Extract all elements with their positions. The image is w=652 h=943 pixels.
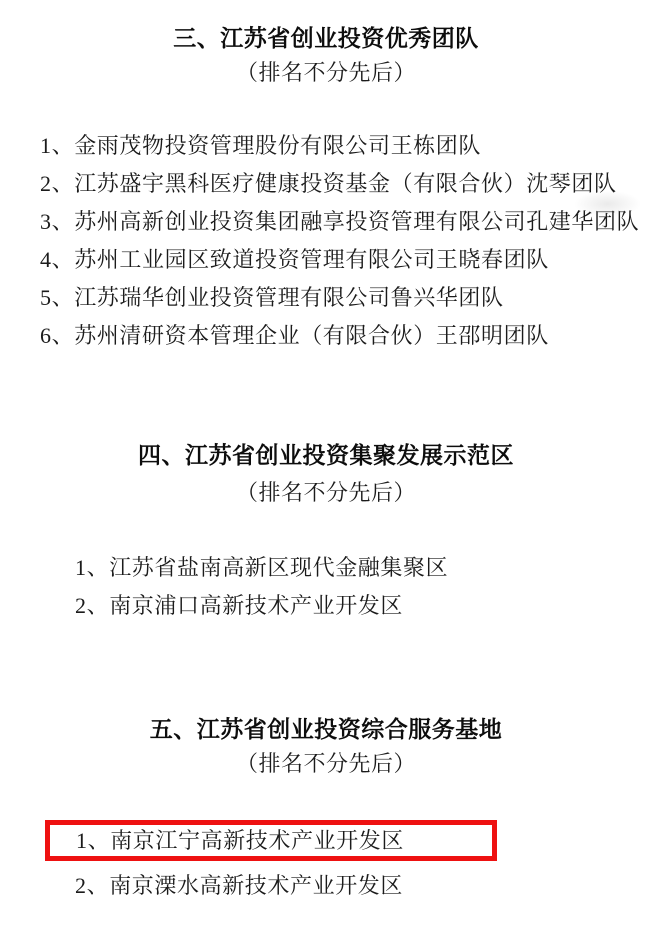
- highlighted-list-item: 1、南京江宁高新技术产业开发区: [45, 820, 497, 861]
- section-subtitle-demonstration-zones: （排名不分先后）: [0, 481, 652, 505]
- list-item: 2、南京浦口高新技术产业开发区: [75, 587, 448, 625]
- list-item: 5、江苏瑞华创业投资管理有限公司鲁兴华团队: [40, 279, 639, 317]
- service-bases-list: 1、南京江宁高新技术产业开发区 2、南京溧水高新技术产业开发区: [45, 820, 497, 905]
- list-item: 3、苏州高新创业投资集团融享投资管理有限公司孔建华团队: [40, 203, 639, 241]
- section-title-demonstration-zones: 四、江苏省创业投资集聚发展示范区: [0, 443, 652, 467]
- list-item: 6、苏州清研资本管理企业（有限合伙）王邵明团队: [40, 317, 639, 355]
- section-title-excellent-teams: 三、江苏省创业投资优秀团队: [0, 26, 652, 50]
- document-page: 三、江苏省创业投资优秀团队 （排名不分先后） 1、金雨茂物投资管理股份有限公司王…: [0, 0, 652, 943]
- section-title-service-bases: 五、江苏省创业投资综合服务基地: [0, 717, 652, 741]
- list-item: 1、江苏省盐南高新区现代金融集聚区: [75, 549, 448, 587]
- excellent-teams-list: 1、金雨茂物投资管理股份有限公司王栋团队 2、江苏盛宇黑科医疗健康投资基金（有限…: [40, 127, 639, 355]
- section-subtitle-service-bases: （排名不分先后）: [0, 752, 652, 776]
- demonstration-zones-list: 1、江苏省盐南高新区现代金融集聚区 2、南京浦口高新技术产业开发区: [75, 549, 448, 625]
- list-item: 2、南京溧水高新技术产业开发区: [45, 867, 497, 905]
- list-item: 4、苏州工业园区致道投资管理有限公司王晓春团队: [40, 241, 639, 279]
- list-item: 2、江苏盛宇黑科医疗健康投资基金（有限合伙）沈琴团队: [40, 165, 639, 203]
- section-subtitle-excellent-teams: （排名不分先后）: [0, 61, 652, 85]
- list-item: 1、金雨茂物投资管理股份有限公司王栋团队: [40, 127, 639, 165]
